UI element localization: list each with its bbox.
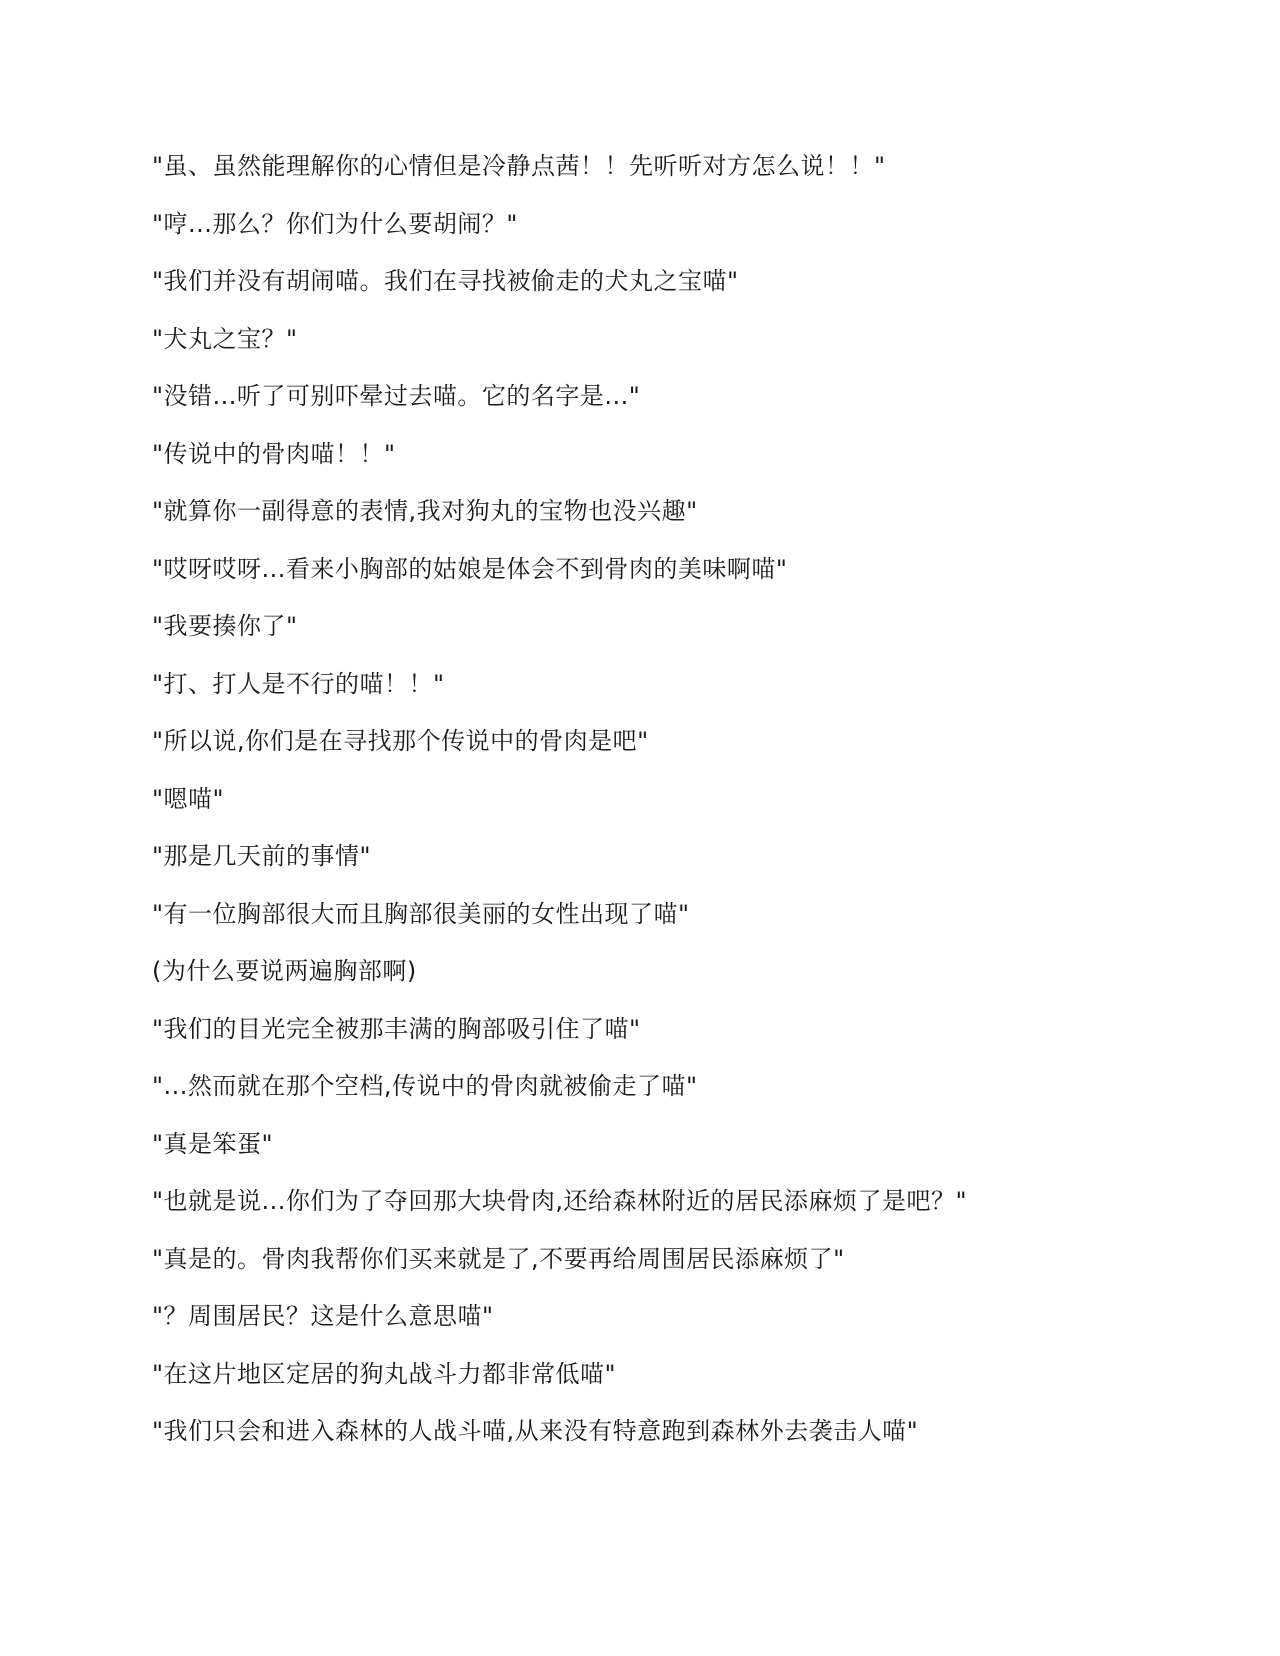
dialogue-line: "我们只会和进入森林的人战斗喵,从来没有特意跑到森林外去袭击人喵": [152, 1411, 1152, 1469]
dialogue-line: "我要揍你了": [152, 606, 1152, 664]
dialogue-line: "在这片地区定居的狗丸战斗力都非常低喵": [152, 1354, 1152, 1412]
dialogue-line: "嗯喵": [152, 779, 1152, 837]
dialogue-line: "我们并没有胡闹喵。我们在寻找被偷走的犬丸之宝喵": [152, 261, 1152, 319]
dialogue-line: "虽、虽然能理解你的心情但是冷静点茜！！先听听对方怎么说！！": [152, 146, 1152, 204]
dialogue-line: "打、打人是不行的喵！！": [152, 664, 1152, 722]
dialogue-line: "哼...那么？你们为什么要胡闹？": [152, 204, 1152, 262]
dialogue-line: "犬丸之宝？": [152, 319, 1152, 377]
dialogue-line: "？周围居民？这是什么意思喵": [152, 1296, 1152, 1354]
dialogue-line: "哎呀哎呀...看来小胸部的姑娘是体会不到骨肉的美味啊喵": [152, 549, 1152, 607]
dialogue-line: "有一位胸部很大而且胸部很美丽的女性出现了喵": [152, 894, 1152, 952]
dialogue-line: "就算你一副得意的表情,我对狗丸的宝物也没兴趣": [152, 491, 1152, 549]
dialogue-line: "没错...听了可别吓晕过去喵。它的名字是...": [152, 376, 1152, 434]
dialogue-line: "所以说,你们是在寻找那个传说中的骨肉是吧": [152, 721, 1152, 779]
document-page: "虽、虽然能理解你的心情但是冷静点茜！！先听听对方怎么说！！" "哼...那么？…: [152, 146, 1152, 1469]
dialogue-line: "那是几天前的事情": [152, 836, 1152, 894]
dialogue-line: "传说中的骨肉喵！！": [152, 434, 1152, 492]
dialogue-line: "也就是说...你们为了夺回那大块骨肉,还给森林附近的居民添麻烦了是吧？": [152, 1181, 1152, 1239]
dialogue-line: "真是笨蛋": [152, 1124, 1152, 1182]
dialogue-line: "...然而就在那个空档,传说中的骨肉就被偷走了喵": [152, 1066, 1152, 1124]
dialogue-line: "我们的目光完全被那丰满的胸部吸引住了喵": [152, 1009, 1152, 1067]
narration-line: (为什么要说两遍胸部啊): [152, 951, 1152, 1009]
dialogue-line: "真是的。骨肉我帮你们买来就是了,不要再给周围居民添麻烦了": [152, 1239, 1152, 1297]
